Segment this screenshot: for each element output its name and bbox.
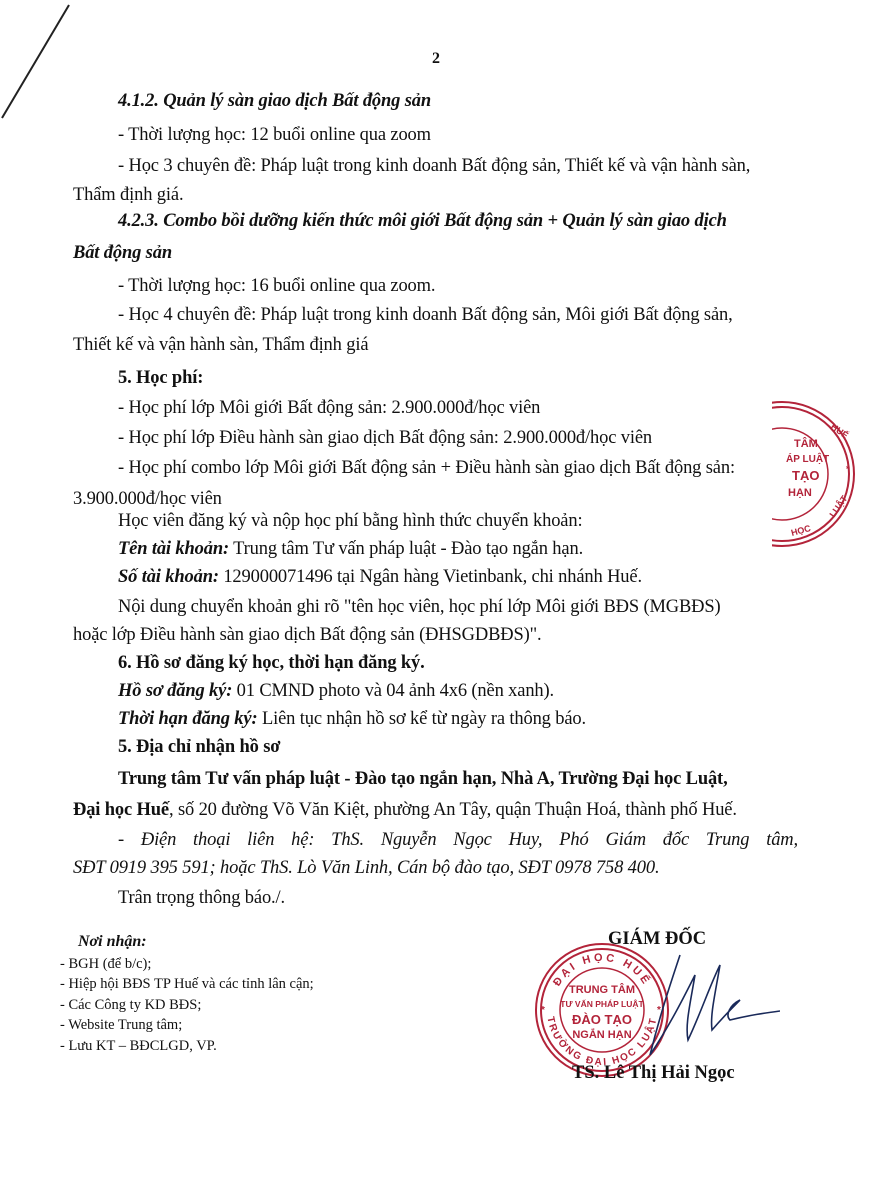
section-412-duration: - Thời lượng học: 12 buổi online qua zoo… <box>118 126 431 145</box>
svg-text:TÂM: TÂM <box>794 437 818 450</box>
section-412-topics-2: Thẩm định giá. <box>73 186 183 205</box>
recipients-block: Nơi nhận: - BGH (để b/c); - Hiệp hội BĐS… <box>60 932 314 1056</box>
account-number: Số tài khoản: 129000071496 tại Ngân hàng… <box>118 568 642 587</box>
svg-text:HUẾ: HUẾ <box>829 421 850 440</box>
svg-text:*: * <box>846 464 850 474</box>
svg-text:ĐẠI HỌC HUẾ: ĐẠI HỌC HUẾ <box>551 952 654 989</box>
registration-deadline-value: Liên tục nhận hồ sơ kể từ ngày ra thông … <box>257 709 586 729</box>
section-423-topics-2: Thiết kế và vận hành sàn, Thẩm định giá <box>73 336 368 355</box>
closing-remark: Trân trọng thông báo./. <box>118 889 285 908</box>
document-page: 2 4.1.2. Quản lý sàn giao dịch Bất động … <box>0 0 872 1200</box>
svg-text:NGẮN HẠN: NGẮN HẠN <box>572 1028 631 1041</box>
recipient-item: - Lưu KT – BĐCLGD, VP. <box>60 1036 314 1057</box>
fee-combo-price: 3.900.000đ/học viên <box>73 490 222 509</box>
section-423-topics-1: - Học 4 chuyên đề: Pháp luật trong kinh … <box>118 306 733 325</box>
recipient-item: - BGH (để b/c); <box>60 954 314 975</box>
account-name: Tên tài khoản: Trung tâm Tư vấn pháp luậ… <box>118 540 583 559</box>
official-stamp-edge: TÂM ÁP LUẬT TẠO HẠN HUẾ LUẬT HỌC * <box>772 400 872 548</box>
page-number: 2 <box>0 50 872 68</box>
recipient-item: - Các Công ty KD BĐS; <box>60 995 314 1016</box>
fee-item-3: - Học phí combo lớp Môi giới Bất động sả… <box>118 459 735 478</box>
svg-text:*: * <box>541 1005 545 1016</box>
signer-name: TS. Lê Thị Hải Ngọc <box>572 1063 735 1084</box>
section-412-topics-1: - Học 3 chuyên đề: Pháp luật trong kinh … <box>118 157 750 176</box>
fee-item-2: - Học phí lớp Điều hành sàn giao dịch Bấ… <box>118 429 652 448</box>
svg-text:HẠN: HẠN <box>788 487 812 499</box>
fee-item-1: - Học phí lớp Môi giới Bất động sản: 2.9… <box>118 399 540 418</box>
payment-intro: Học viên đăng ký và nộp học phí bằng hìn… <box>118 512 582 531</box>
signer-title: GIÁM ĐỐC <box>608 929 706 950</box>
address-street: , số 20 đường Võ Văn Kiệt, phường An Tây… <box>169 800 737 820</box>
transfer-note-1: Nội dung chuyển khoản ghi rõ "tên học vi… <box>118 598 721 617</box>
registration-deadline: Thời hạn đăng ký: Liên tục nhận hồ sơ kể… <box>118 710 586 729</box>
account-name-value: Trung tâm Tư vấn pháp luật - Đào tạo ngắ… <box>229 539 583 559</box>
account-name-label: Tên tài khoản: <box>118 539 229 559</box>
registration-docs: Hồ sơ đăng ký: 01 CMND photo và 04 ảnh 4… <box>118 682 554 701</box>
recipients-title: Nơi nhận: <box>78 932 314 953</box>
section-423-heading-1: 4.2.3. Combo bồi dưỡng kiến thức môi giớ… <box>118 212 727 231</box>
address-line-2: Đại học Huế, số 20 đường Võ Văn Kiệt, ph… <box>73 801 737 820</box>
section-423-heading-2: Bất động sản <box>73 244 172 263</box>
recipient-item: - Website Trung tâm; <box>60 1015 314 1036</box>
account-number-value: 129000071496 tại Ngân hàng Vietinbank, c… <box>219 567 642 587</box>
section-412-heading: 4.1.2. Quản lý sàn giao dịch Bất động sả… <box>118 92 431 111</box>
svg-text:TRUNG TÂM: TRUNG TÂM <box>569 983 635 996</box>
address-line-1: Trung tâm Tư vấn pháp luật - Đào tạo ngắ… <box>118 770 728 789</box>
transfer-note-2: hoặc lớp Điều hành sàn giao dịch Bất độn… <box>73 626 542 645</box>
svg-text:TẠO: TẠO <box>792 468 819 483</box>
registration-deadline-label: Thời hạn đăng ký: <box>118 709 257 729</box>
address-heading: 5. Địa chỉ nhận hồ sơ <box>118 738 280 757</box>
contact-line-2: SĐT 0919 395 591; hoặc ThS. Lò Văn Linh,… <box>73 859 659 878</box>
fees-heading: 5. Học phí: <box>118 369 203 388</box>
section-423-duration: - Thời lượng học: 16 buổi online qua zoo… <box>118 277 435 296</box>
contact-line-1: - Điện thoại liên hệ: ThS. Nguyễn Ngọc H… <box>118 831 798 850</box>
account-number-label: Số tài khoản: <box>118 567 219 587</box>
address-university: Đại học Huế <box>73 800 169 820</box>
recipient-item: - Hiệp hội BĐS TP Huế và các tỉnh lân cậ… <box>60 974 314 995</box>
handwritten-signature <box>640 945 780 1065</box>
svg-text:TƯ VẤN PHÁP LUẬT: TƯ VẤN PHÁP LUẬT <box>560 998 644 1009</box>
svg-text:ÁP LUẬT: ÁP LUẬT <box>786 452 829 465</box>
registration-heading: 6. Hồ sơ đăng ký học, thời hạn đăng ký. <box>118 654 425 673</box>
registration-docs-label: Hồ sơ đăng ký: <box>118 681 232 701</box>
registration-docs-value: 01 CMND photo và 04 ảnh 4x6 (nền xanh). <box>232 681 554 701</box>
svg-text:ĐÀO TẠO: ĐÀO TẠO <box>572 1012 632 1027</box>
